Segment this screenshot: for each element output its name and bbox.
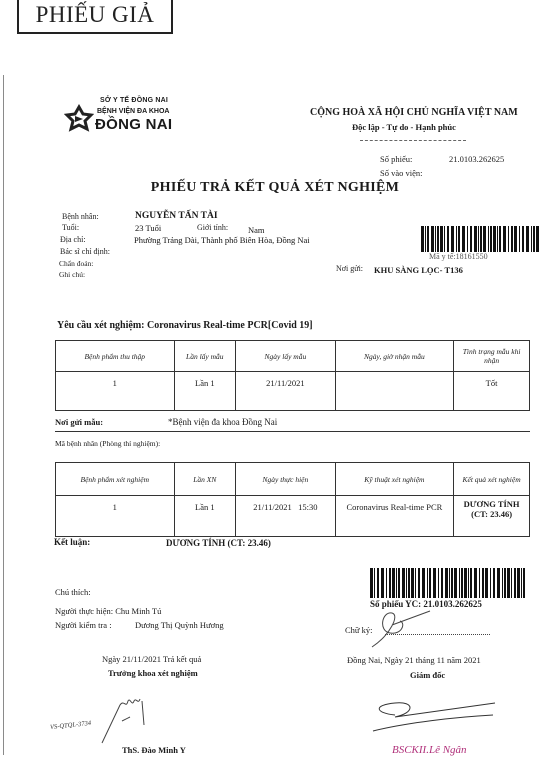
test-request-value: Coronavirus Real-time PCR[Covid 19] — [147, 320, 313, 331]
address-value: Phường Trảng Dài, Thành phố Biên Hòa, Đồ… — [134, 235, 310, 245]
admission-number-label: Số vào viện: — [380, 168, 423, 178]
hospital-name-line2: ĐỒNG NAI — [95, 116, 172, 133]
checker-signature-icon — [360, 605, 440, 650]
sample-sender: Nơi gửi mẫu: — [55, 417, 103, 427]
table-cell: 1 — [56, 496, 175, 537]
test-request-label: Yêu cầu xét nghiệm: — [57, 320, 145, 331]
director-name: BSCKII.Lê Ngân — [392, 744, 467, 756]
page-edge-line — [3, 75, 4, 755]
diagnosis-label: Chẩn đoán: — [59, 259, 93, 268]
column-header: Kỹ thuật xét nghiệm — [335, 463, 454, 496]
sample-sender-label: Nơi gửi mẫu: — [55, 417, 103, 427]
table-row: 1Lần 121/11/2021Tốt — [56, 372, 530, 411]
patient-name-label: Bệnh nhân: — [62, 212, 99, 221]
table-cell: Lần 1 — [174, 496, 236, 537]
gender-label: Giới tính: — [197, 223, 228, 232]
table-cell: 1 — [56, 372, 175, 411]
medical-code: Mã y tế:18161550 — [429, 252, 488, 261]
medical-code-barcode — [421, 226, 540, 252]
sign-date: Đồng Nai, Ngày 21 tháng 11 năm 2021 — [347, 655, 481, 665]
table-header-row: Bệnh phẩm thu thậpLần lấy mẫuNgày lấy mẫ… — [56, 341, 530, 372]
table-cell: Tốt — [454, 372, 530, 411]
conclusion-label: Kết luận: — [54, 537, 90, 547]
performer-label: Người thực hiện: — [55, 606, 113, 616]
nation-motto: Độc lập - Tự do - Hạnh phúc — [352, 122, 456, 132]
lab-code-label: Mã bệnh nhân (Phòng thí nghiệm): — [55, 439, 160, 448]
director-role: Giám đốc — [410, 670, 445, 680]
motto-divider — [360, 140, 466, 141]
checker-label: Người kiểm tra : — [55, 620, 112, 630]
hospital-name-line1: BỆNH VIỆN ĐA KHOA — [97, 108, 169, 115]
column-header: Ngày lấy mẫu — [236, 341, 336, 372]
sample-sender-value: *Bệnh viện đa khoa Đồng Nai — [168, 417, 277, 427]
age-value: 23 Tuổi — [135, 223, 161, 233]
column-header: Kết quả xét nghiệm — [454, 463, 530, 496]
nation-name: CỘNG HOÀ XÃ HỘI CHỦ NGHĨA VIỆT NAM — [310, 107, 518, 118]
column-header: Ngày, giờ nhận mẫu — [335, 341, 454, 372]
test-request: Yêu cầu xét nghiệm: Coronavirus Real-tim… — [57, 320, 313, 331]
performer-name: Chu Minh Tú — [115, 606, 161, 616]
patient-name: NGUYỄN TẤN TÀI — [135, 211, 218, 221]
checker-name: Dương Thị Quỳnh Hương — [135, 620, 224, 630]
table-row: 1Lần 121/11/2021 15:30Coronavirus Real-t… — [56, 496, 530, 537]
doctor-label: Bác sĩ chỉ định: — [60, 247, 110, 256]
ticket-number-label: Số phiếu: — [380, 154, 412, 164]
column-header: Bệnh phẩm xét nghiệm — [56, 463, 175, 496]
performer: Người thực hiện: Chu Minh Tú — [55, 606, 161, 616]
column-header: Lần lấy mẫu — [174, 341, 236, 372]
age-label: Tuổi: — [62, 223, 79, 232]
send-place-value: KHU SÀNG LỌC- T136 — [374, 265, 463, 275]
note-label: Ghi chú: — [59, 270, 85, 279]
head-of-lab-role: Trưởng khoa xét nghiệm — [108, 668, 198, 678]
table-cell: 21/11/2021 15:30 — [236, 496, 336, 537]
fake-ticket-stamp: PHIẾU GIẢ — [17, 0, 173, 34]
medical-code-value: 18161550 — [456, 252, 488, 261]
health-department: SỞ Y TẾ ĐỒNG NAI — [100, 97, 168, 104]
table-cell — [335, 372, 454, 411]
column-header: Ngày thực hiện — [236, 463, 336, 496]
sample-request-table: Bệnh phẩm thu thậpLần lấy mẫuNgày lấy mẫ… — [55, 340, 530, 411]
column-header: Lần XN — [174, 463, 236, 496]
send-place-label: Nơi gửi: — [336, 264, 363, 273]
column-header: Tình trạng mẫu khi nhận — [454, 341, 530, 372]
sender-divider — [55, 431, 530, 432]
ticket-barcode — [370, 568, 526, 598]
conclusion-value: DƯƠNG TÍNH (CT: 23.46) — [166, 538, 271, 548]
result-table: Bệnh phẩm xét nghiệmLần XNNgày thực hiện… — [55, 462, 530, 537]
ticket-number-value: 21.0103.262625 — [449, 154, 504, 164]
head-of-lab-signature-icon — [100, 695, 160, 745]
table-cell: Coronavirus Real-time PCR — [335, 496, 454, 537]
director-signature-icon — [365, 693, 505, 735]
form-code: VS-QTQL-3734 — [50, 720, 92, 731]
medical-code-label: Mã y tế: — [429, 252, 456, 261]
address-label: Địa chỉ: — [60, 235, 86, 244]
gender-value: Nam — [248, 225, 265, 235]
head-of-lab-name: ThS. Đào Minh Y — [122, 745, 186, 755]
table-header-row: Bệnh phẩm xét nghiệmLần XNNgày thực hiện… — [56, 463, 530, 496]
notes-label: Chú thích: — [55, 587, 91, 597]
return-date: Ngày 21/11/2021 Trả kết quả — [102, 654, 201, 664]
column-header: Bệnh phẩm thu thập — [56, 341, 175, 372]
hospital-star-logo-icon — [64, 104, 94, 134]
document-title: PHIẾU TRẢ KẾT QUẢ XÉT NGHIỆM — [0, 180, 550, 196]
table-cell: Lần 1 — [174, 372, 236, 411]
table-cell: DƯƠNG TÍNH (CT: 23.46) — [454, 496, 530, 537]
table-cell: 21/11/2021 — [236, 372, 336, 411]
